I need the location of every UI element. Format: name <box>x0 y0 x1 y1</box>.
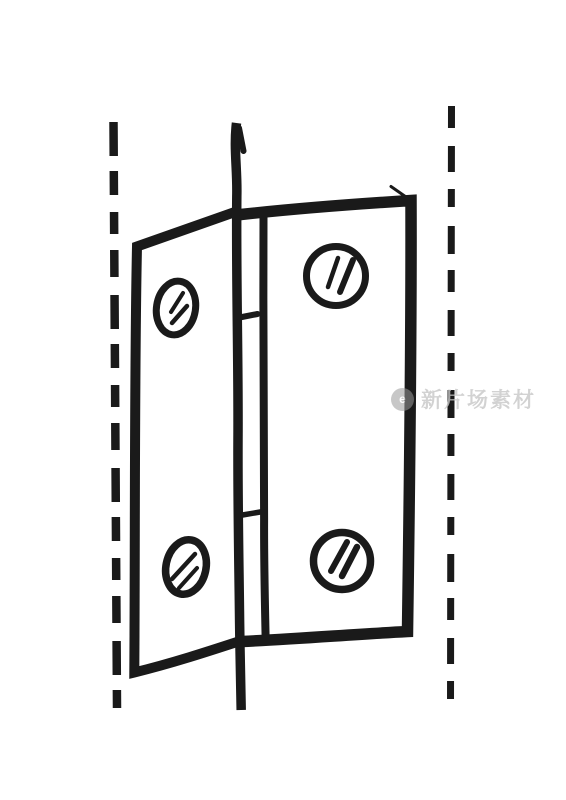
hinge-leaf-left <box>134 213 238 673</box>
knuckle-joint-tick-upper <box>240 314 258 318</box>
screw-left-top <box>153 278 200 337</box>
engraving-illustration <box>0 0 566 800</box>
screw-left-bottom <box>161 536 212 598</box>
screw-right-top-slot-hatch-2 <box>340 260 353 292</box>
screw-right-top-slot-hatch-1 <box>328 258 338 287</box>
dashed-guide-line-left <box>114 122 118 708</box>
screw-right-bottom-head <box>314 533 371 590</box>
knuckle-joint-tick-lower <box>243 512 264 516</box>
screw-right-top-head <box>307 247 366 306</box>
dashed-guide-line-right <box>451 106 452 707</box>
screw-left-top-head <box>153 278 200 337</box>
screw-left-top-slot-hatch-1 <box>171 293 183 312</box>
screw-right-top <box>307 247 366 306</box>
screw-right-bottom <box>314 533 371 590</box>
knuckle-edge-line <box>263 217 265 637</box>
hinge-drawing <box>0 0 566 800</box>
